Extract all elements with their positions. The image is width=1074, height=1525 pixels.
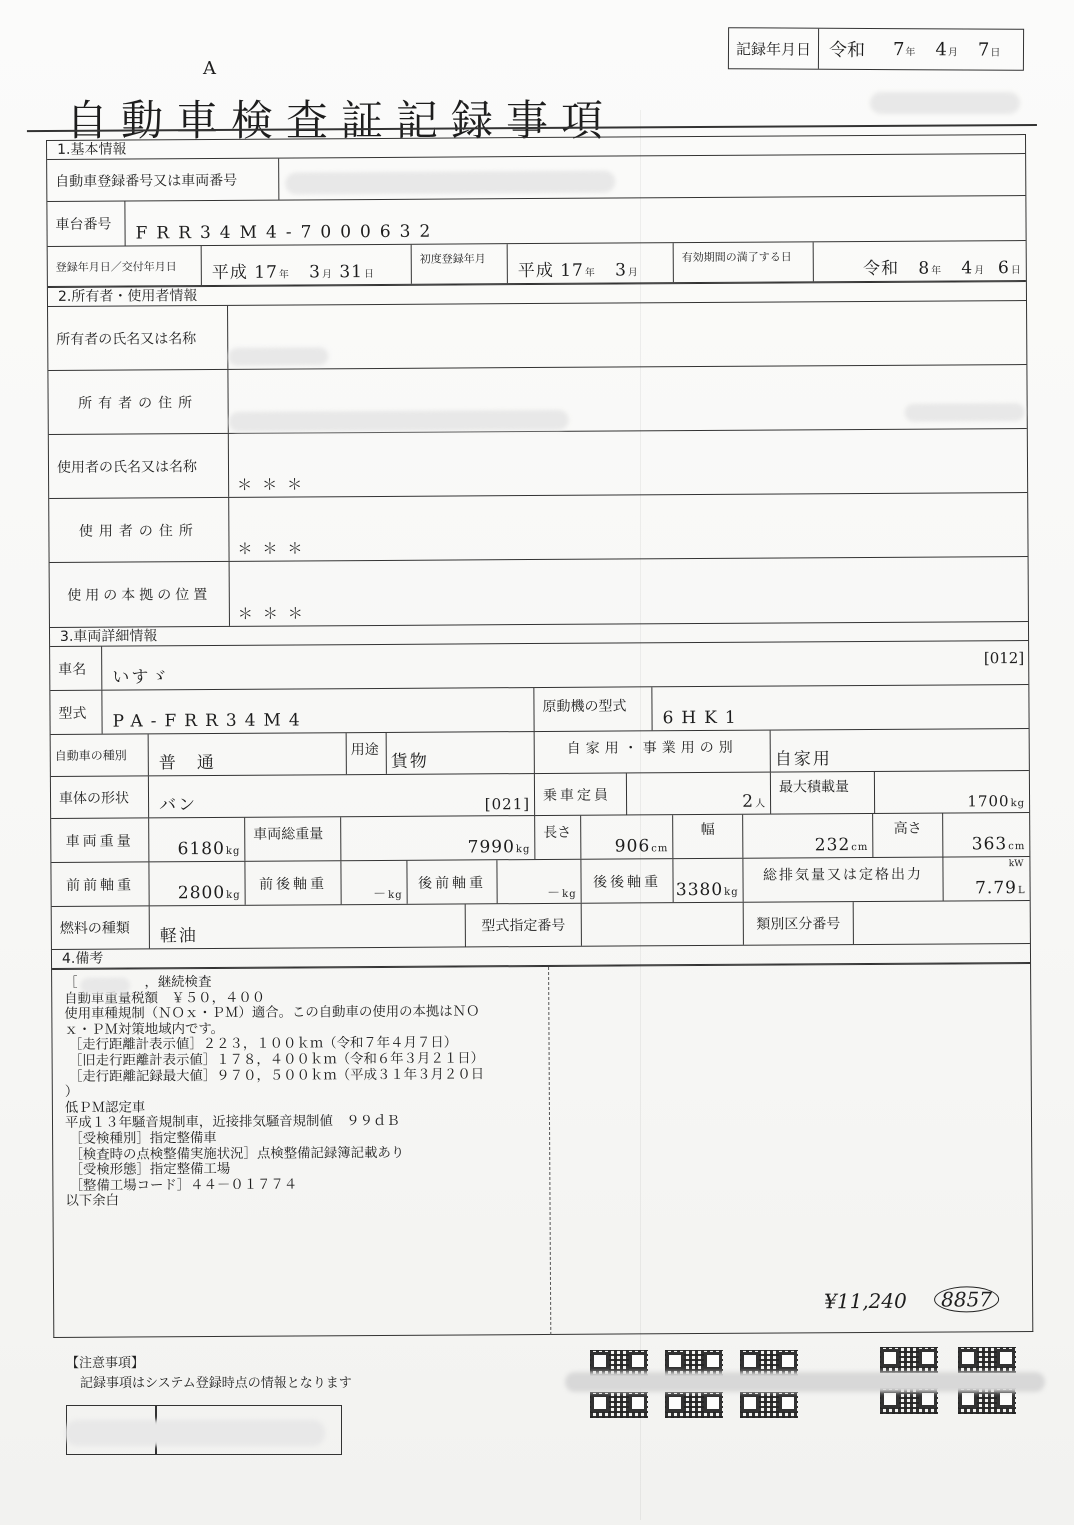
redacted-area: [228, 347, 328, 366]
displacement-value: 7.79L: [975, 878, 1026, 898]
body-code: [021]: [485, 795, 530, 813]
chassis-label: 車台番号: [47, 202, 125, 246]
engine-value: 6HK1: [662, 708, 743, 728]
fr-axle-label: 前後軸重: [245, 861, 341, 905]
handwritten-circled-number: 8857: [934, 1286, 999, 1312]
remarks-area: ［ ，継続検査 自動車重量税額 ￥５０，４００ 使用車種規制（ＮＯｘ・ＰＭ）適合…: [52, 963, 1032, 1338]
gross-weight-value: 7990kg: [468, 837, 531, 857]
private-value: 自家用: [775, 744, 832, 769]
ff-axle-value: 2800kg: [178, 883, 241, 903]
height-label: 高さ: [873, 814, 943, 857]
owner-address-label: 所有者の住所: [48, 370, 228, 434]
car-name-value: いすゞ: [112, 662, 169, 687]
first-reg-value: 平成 17年 3月: [508, 243, 674, 283]
user-address-value: ＊＊＊: [237, 537, 312, 558]
weight-value: 6180kg: [178, 839, 241, 859]
qr-code-icon: [958, 1347, 1016, 1373]
owner-name-row: 所有者の氏名又は名称: [48, 301, 1026, 371]
gross-weight-label: 車両総重量: [245, 817, 341, 861]
redacted-area: [229, 410, 569, 432]
fuel-label: 燃料の種類: [52, 906, 150, 949]
type-label: 自動車の種別: [51, 734, 149, 776]
reg-date-label: 登録年月日／交付年月日: [48, 246, 202, 286]
rf-axle-label: 後前軸重: [407, 860, 497, 904]
qr-code-icon: [590, 1392, 648, 1418]
owner-name-label: 所有者の氏名又は名称: [48, 306, 228, 370]
chassis-row: 車台番号 FRR34M4-7000632: [47, 196, 1025, 247]
type-row: 自動車の種別 普 通 用途 貨物 自家用・事業用の別 自家用: [51, 729, 1029, 777]
base-location-label: 使用の本拠の位置: [50, 562, 230, 627]
fuel-value: 軽油: [160, 921, 198, 946]
axle-row: 前前軸重 2800kg 前後軸重 －kg 後前軸重 －kg 後後軸重 3380k…: [51, 857, 1029, 907]
width-value: 232cm: [815, 835, 869, 855]
reg-number-value: [279, 154, 1025, 200]
first-reg-label: 初度登録年月: [412, 244, 508, 284]
body-label: 車体の形状: [51, 776, 149, 818]
length-label: 長さ: [535, 816, 581, 859]
notes-heading: 【注意事項】: [66, 1352, 144, 1371]
body-row: 車体の形状 バン [021] 乗車定員 2人 最大積載量 1700kg: [51, 771, 1029, 819]
page-letter: A: [203, 58, 216, 79]
length-value: 906cm: [615, 836, 669, 856]
fuel-row: 燃料の種類 軽油 型式指定番号 類別区分番号: [52, 901, 1030, 949]
record-form: 1.基本情報 自動車登録番号又は車両番号 車台番号 FRR34M4-700063…: [46, 134, 1033, 1338]
user-address-row: 使用者の住所 ＊＊＊: [49, 493, 1027, 563]
footer-box: [66, 1405, 342, 1455]
redacted-area: [565, 1372, 1045, 1392]
car-name-label: 車名: [50, 647, 102, 690]
rr-axle-label: 後後軸重: [581, 859, 673, 903]
displacement-label: 総排気量又は定格出力: [743, 858, 943, 902]
type-value: 普 通: [159, 748, 216, 773]
weight-row: 車両重量 6180kg 車両総重量 7990kg 長さ 906cm 幅 232c…: [51, 813, 1029, 863]
redacted-area: [870, 92, 1020, 114]
height-value: 363cm: [972, 834, 1026, 854]
qr-code-icon: [665, 1392, 723, 1418]
user-name-row: 使用者の氏名又は名称 ＊＊＊: [49, 429, 1027, 499]
dates-row: 登録年月日／交付年月日 平成 17年 3月 31日 初度登録年月 平成 17年 …: [48, 241, 1026, 287]
record-date-label: 記録年月日: [729, 28, 819, 68]
model-row: 型式 PA-FRR34M4 原動機の型式 6HK1: [50, 685, 1028, 735]
redacted-area: [80, 978, 130, 994]
handwritten-amount: ¥11,240: [824, 1289, 907, 1314]
weight-label: 車両重量: [51, 818, 149, 862]
reg-date-value: 平成 17年 3月 31日: [202, 245, 412, 285]
qr-code-icon: [740, 1392, 798, 1418]
redacted-area: [285, 171, 615, 195]
reg-number-label: 自動車登録番号又は車両番号: [47, 159, 279, 201]
base-location-row: 使用の本拠の位置 ＊＊＊: [50, 557, 1028, 627]
user-name-value: ＊＊＊: [237, 473, 312, 494]
base-location-value: ＊＊＊: [238, 602, 313, 623]
capacity-label: 乗車定員: [535, 773, 627, 815]
user-name-label: 使用者の氏名又は名称: [49, 434, 229, 498]
private-label: 自家用・事業用の別: [535, 731, 771, 773]
fr-axle-value: －kg: [373, 883, 403, 902]
use-value: 貨物: [391, 747, 429, 772]
record-date-box: 記録年月日 令和 7年 4月 7日: [728, 27, 1024, 71]
model-label: 型式: [50, 691, 102, 734]
use-label: 用途: [347, 733, 387, 774]
width-label: 幅: [673, 815, 743, 858]
ff-axle-label: 前前軸重: [51, 862, 149, 906]
expiry-label: 有効期間の満了する日: [674, 242, 814, 282]
reg-number-row: 自動車登録番号又は車両番号: [47, 154, 1025, 202]
record-date-value: 令和 7年 4月 7日: [819, 29, 1023, 70]
expiry-value: 令和 8年 4月 6日: [814, 241, 1026, 281]
model-value: PA-FRR34M4: [112, 710, 307, 731]
owner-address-row: 所有者の住所: [48, 365, 1026, 435]
car-name-row: 車名 いすゞ [012]: [50, 641, 1028, 691]
type-designation-value: [582, 903, 744, 946]
remarks-text: ［ ，継続検査 自動車重量税額 ￥５０，４００ 使用車種規制（ＮＯｘ・ＰＭ）適合…: [64, 973, 485, 1209]
category-label: 類別区分番号: [744, 902, 854, 945]
notes-body: 記録事項はシステム登録時点の情報となります: [80, 1372, 352, 1391]
body-value: バン: [159, 790, 197, 815]
type-designation-label: 型式指定番号: [466, 904, 582, 947]
rf-axle-value: －kg: [547, 882, 577, 901]
category-value: [854, 901, 1030, 944]
qr-code-icon: [880, 1347, 938, 1373]
redacted-area: [905, 403, 1025, 422]
chassis-value: FRR34M4-7000632: [136, 222, 440, 244]
max-load-value: 1700kg: [967, 792, 1025, 810]
redacted-area: [65, 1420, 325, 1446]
engine-label: 原動機の型式: [534, 687, 652, 731]
max-load-label: 最大積載量: [771, 772, 875, 814]
capacity-value: 2人: [742, 792, 766, 812]
user-address-label: 使用者の住所: [49, 498, 229, 562]
car-name-code: [012]: [984, 649, 1024, 667]
rr-axle-value: 3380kg: [676, 880, 739, 900]
document-page: 記録年月日 令和 7年 4月 7日 A 自動車検査証記録事項 1.基本情報 自動…: [0, 0, 1074, 1525]
